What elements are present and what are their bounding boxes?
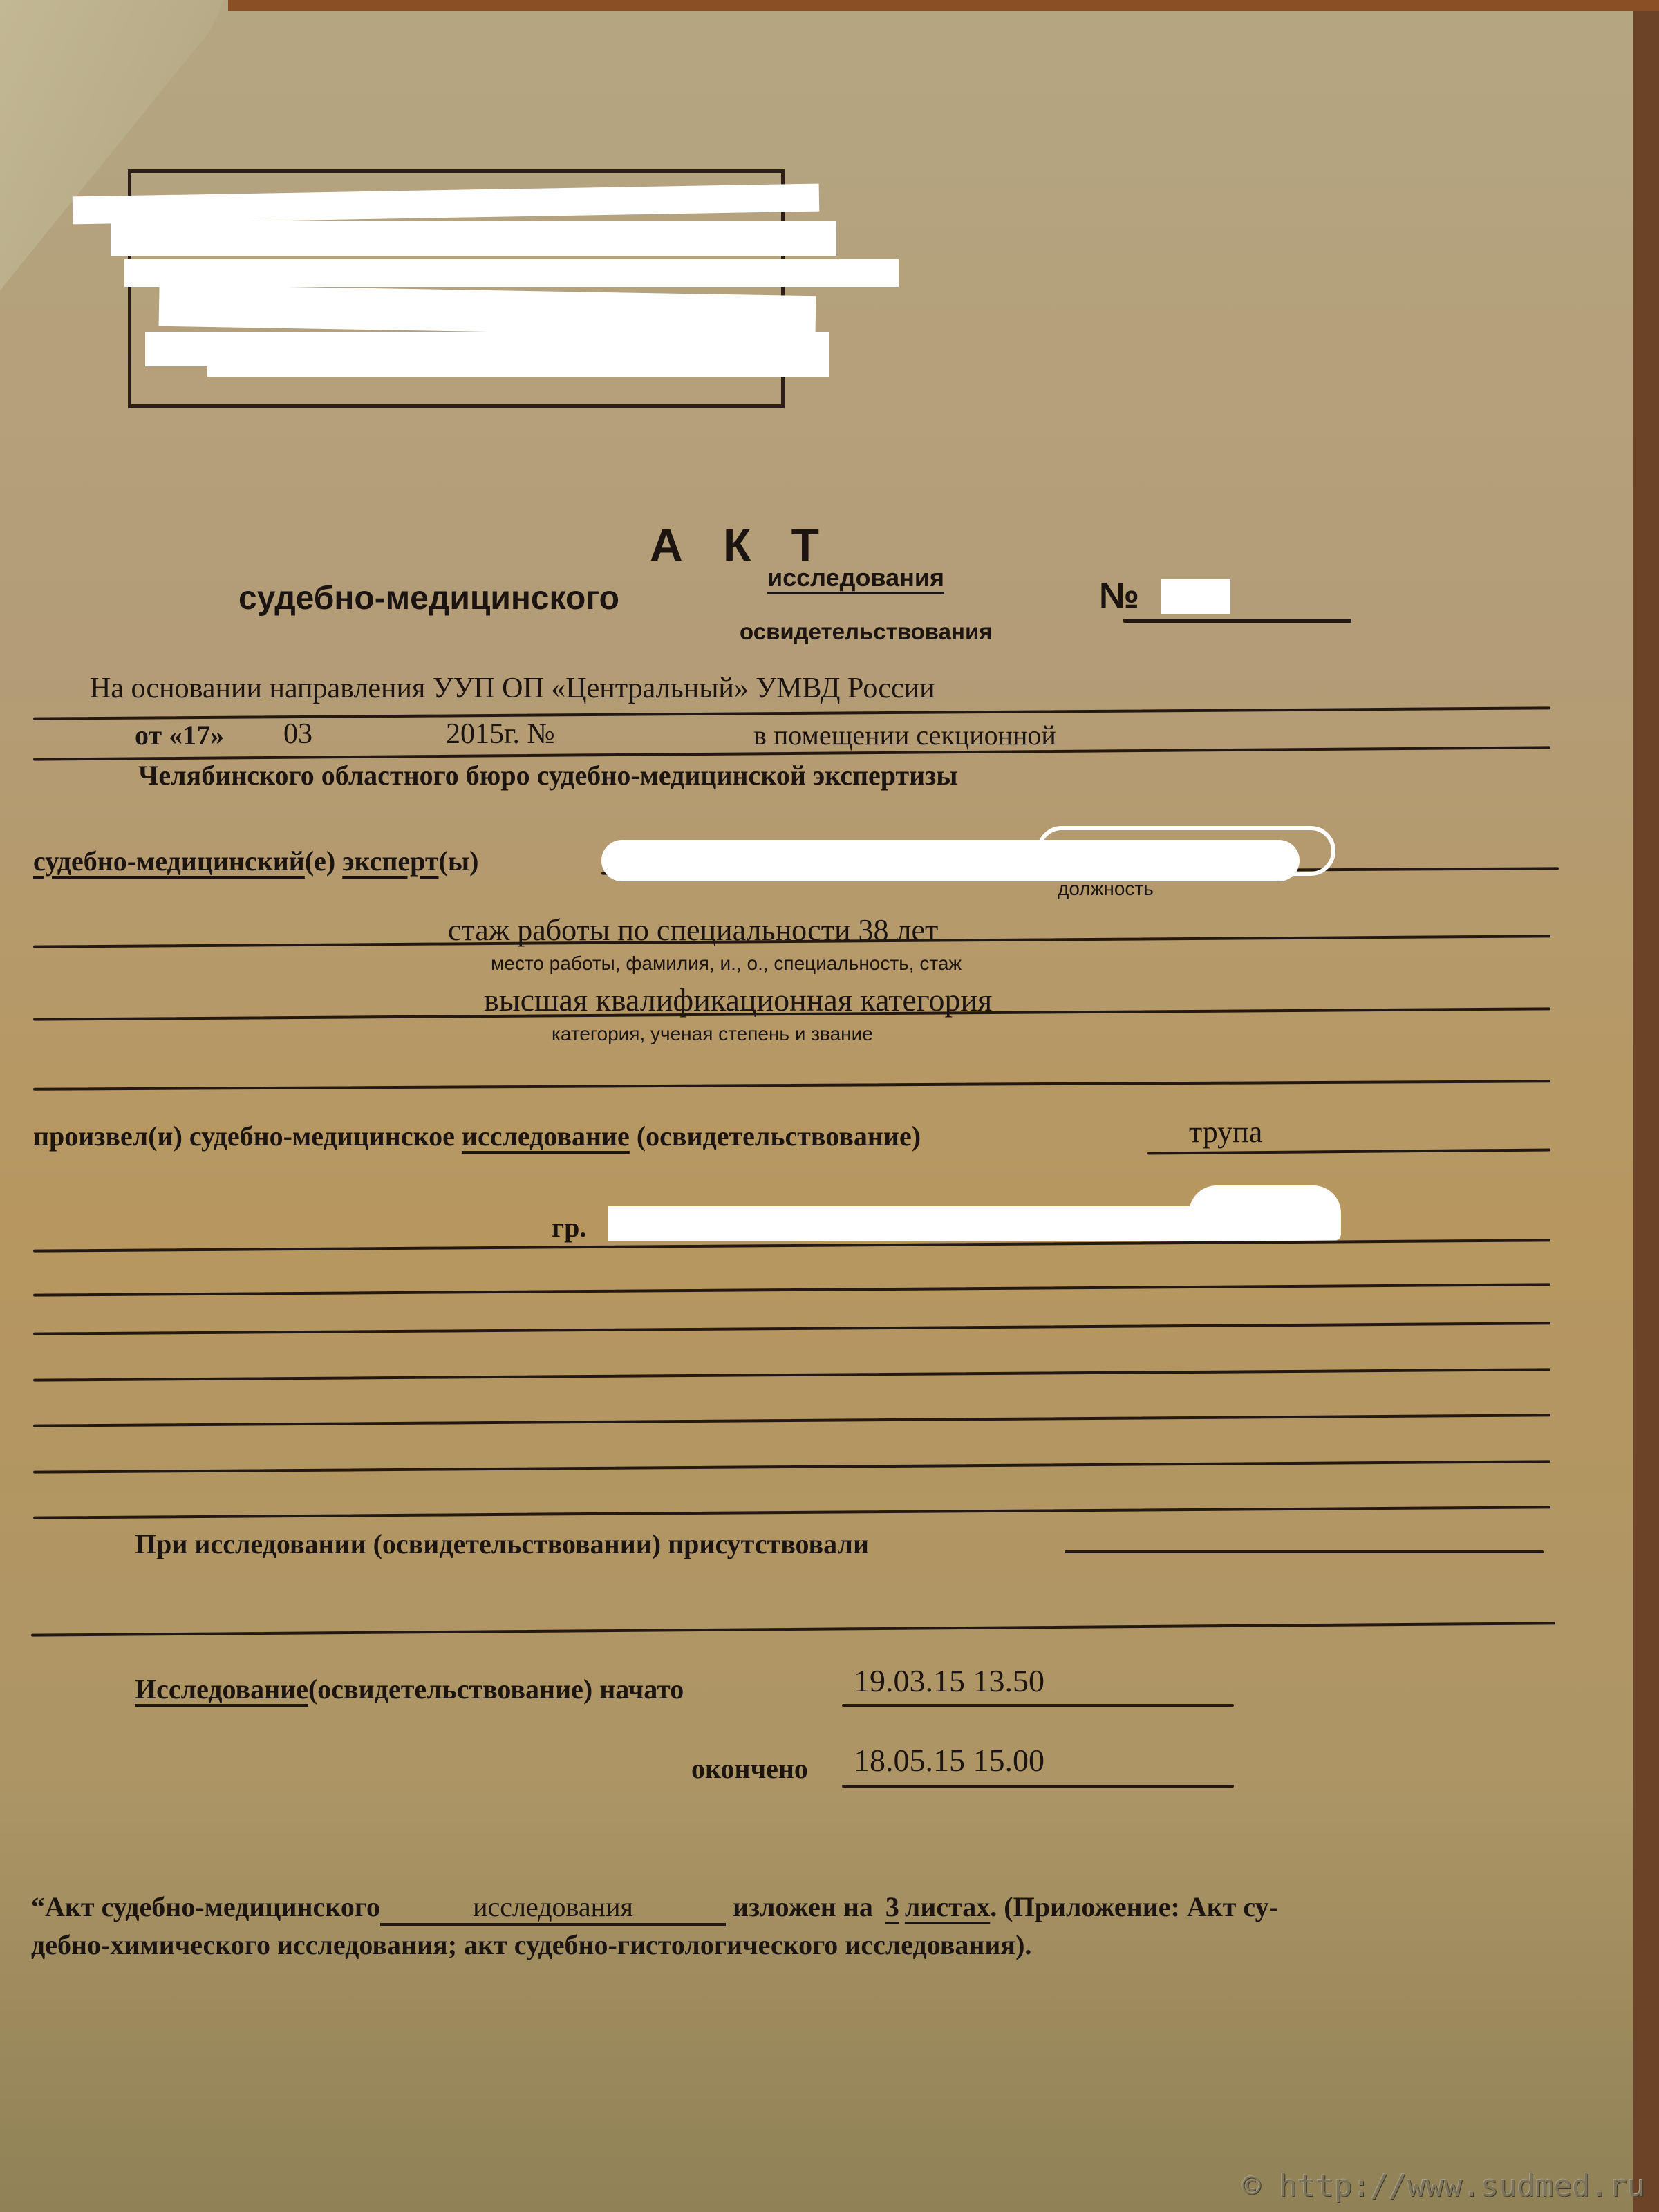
table-surface — [228, 0, 1659, 11]
performed-selected: исследование — [462, 1121, 630, 1152]
started-line — [842, 1704, 1234, 1707]
hint-workplace: место работы, фамилия, и., о., специальн… — [491, 953, 962, 975]
hint-category: категория, ученая степень и звание — [552, 1023, 873, 1045]
number-underline — [1123, 619, 1351, 623]
started-label-selected: Исследование — [135, 1674, 308, 1705]
location: в помещении секционной — [753, 719, 1056, 751]
footer-line-1: “Акт судебно-медицинскогоисследования из… — [31, 1891, 1278, 1926]
number-redaction — [1161, 579, 1230, 614]
footer-line-2: дебно-химического исследования; акт суде… — [31, 1929, 1031, 1961]
citizen-name-redaction — [1189, 1185, 1341, 1241]
performed-prefix: произвел(и) судебно-медицинское — [33, 1121, 455, 1152]
present-label: При исследовании (освидетельствовании) п… — [135, 1528, 869, 1560]
hint-position: должность — [1058, 878, 1154, 900]
stamp-redaction — [124, 259, 899, 287]
stamp-redaction — [207, 363, 829, 377]
footer-sheets-word: листах — [905, 1891, 990, 1922]
performed-line: произвел(и) судебно-медицинское исследов… — [33, 1120, 921, 1152]
date-year: 2015г. № — [446, 718, 555, 751]
expert-label: судебно-медицинский(е) эксперт(ы) — [33, 845, 478, 877]
ended-value: 18.05.15 15.00 — [854, 1742, 1044, 1779]
expert-label-1: судебно-медицинский — [33, 845, 305, 877]
footer-part2: изложен на — [733, 1891, 873, 1922]
bureau-name: Челябинского областного бюро судебно-мед… — [138, 759, 958, 791]
stamp-redaction — [111, 221, 836, 256]
footer-sheets: 3 — [880, 1891, 905, 1922]
date-prefix: от «17» — [135, 719, 224, 751]
present-line — [1065, 1550, 1544, 1553]
expert-label-2-suffix: (ы) — [439, 845, 479, 877]
citizen-prefix: гр. — [552, 1211, 586, 1244]
watermark: © http://www.sudmed.ru — [1242, 2168, 1645, 2204]
basis-line: На основании направления УУП ОП «Централ… — [90, 672, 935, 705]
expert-name-redaction — [1037, 826, 1335, 876]
performed-object: трупа — [1189, 1114, 1262, 1150]
started-label: Исследование(освидетельствование) начато — [135, 1673, 684, 1705]
expert-label-1-suffix: (е) — [305, 845, 335, 877]
ended-label: окончено — [691, 1752, 808, 1785]
footer-part3: . (Приложение: Акт су- — [990, 1891, 1278, 1922]
title-prefix: судебно-медицинского — [238, 579, 619, 617]
number-label: № — [1099, 575, 1139, 617]
ended-line — [842, 1785, 1234, 1788]
performed-alt: (освидетельствование) — [637, 1121, 921, 1152]
date-month: 03 — [283, 718, 312, 751]
started-value: 19.03.15 13.50 — [854, 1662, 1044, 1699]
footer-type: исследования — [380, 1891, 726, 1926]
footer-part1: “Акт судебно-медицинского — [31, 1891, 380, 1922]
expert-label-2: эксперт — [342, 845, 438, 877]
type-option-alt: освидетельствования — [740, 619, 992, 645]
started-label-rest: (освидетельствование) начато — [308, 1674, 684, 1705]
type-option-selected: исследования — [767, 563, 944, 592]
stamp-redaction — [145, 332, 829, 366]
